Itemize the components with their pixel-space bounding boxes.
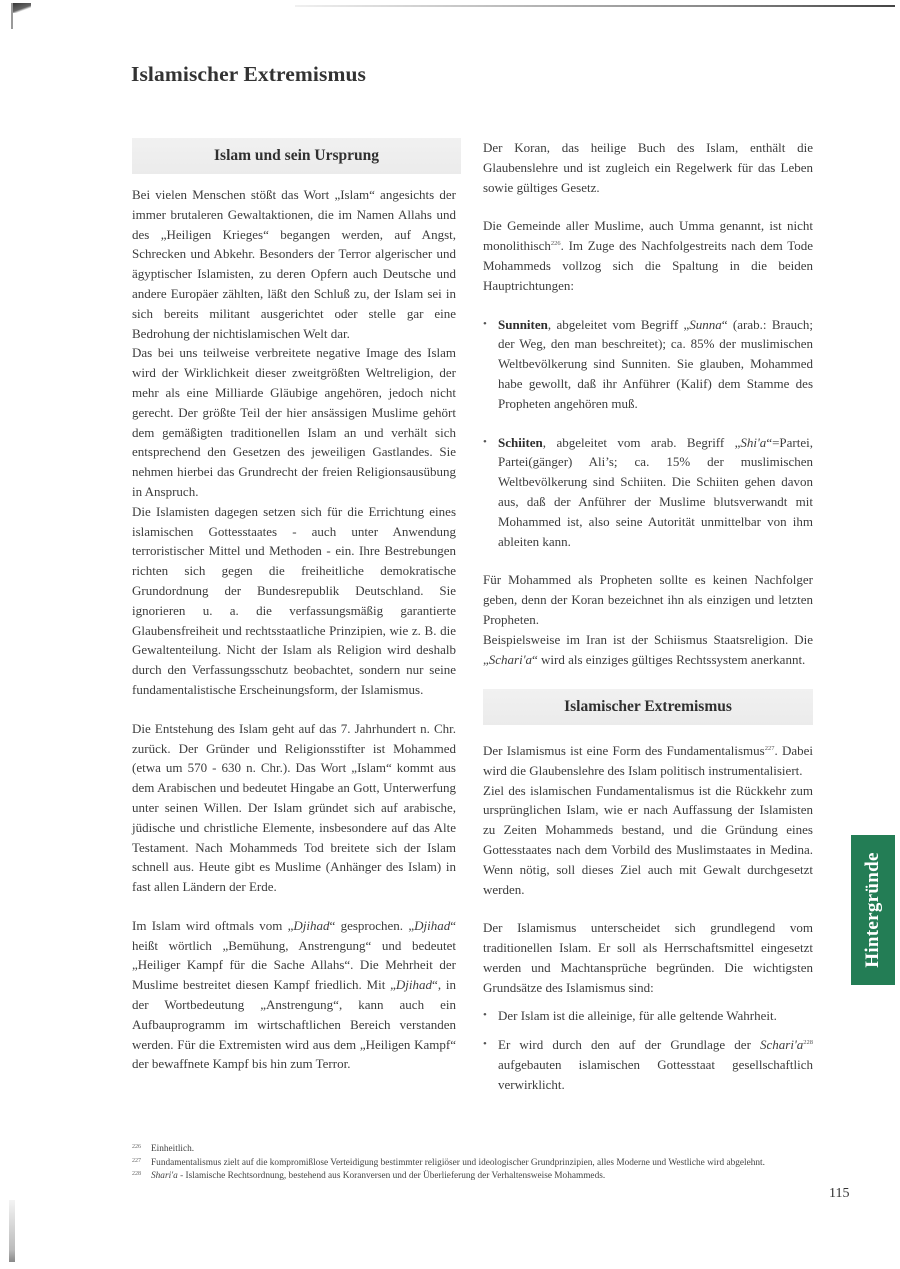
list-item-principle-2: Er wird durch den auf der Grundlage der … [483, 1035, 813, 1094]
list-item-sunniten: Sunniten, abgeleitet vom Begriff „Sunna“… [483, 315, 813, 414]
term-djihad: Djihad [293, 918, 329, 933]
footnote-227: 227 Fundamentalismus zielt auf die kompr… [132, 1157, 822, 1171]
crop-mark-top-left [11, 3, 31, 13]
term-djihad: Djihad [414, 918, 450, 933]
paragraph-ziel: Ziel des islamischen Fundamentalismus is… [483, 781, 813, 900]
section-heading-box-ursprung: Islam und sein Ursprung [132, 138, 461, 174]
branches-list: Sunniten, abgeleitet vom Begriff „Sunna“… [483, 315, 813, 552]
crop-line-top [295, 5, 895, 7]
footnote-228: 228 Shari'a - Islamische Rechtsordnung, … [132, 1170, 822, 1184]
section-heading-extremismus: Islamischer Extremismus [564, 698, 732, 716]
crop-mark-top-left-vertical [11, 3, 13, 29]
crop-mark-bottom-left [9, 1200, 15, 1262]
footnotes: 226 Einheitlich. 227 Fundamentalismus zi… [132, 1143, 822, 1184]
list-item-schiiten: Schiiten, abgeleitet vom arab. Begriff „… [483, 433, 813, 552]
principles-list: Der Islam ist die alleinige, für alle ge… [483, 1006, 813, 1095]
side-tab-label: Hintergründe [862, 852, 884, 968]
left-column: Bei vielen Menschen stößt das Wort „Isla… [132, 185, 456, 1074]
right-column-lower: Der Islamismus ist eine Form des Fundame… [483, 741, 813, 1095]
footnote-ref-227[interactable]: 227 [765, 745, 775, 752]
footnote-ref-226[interactable]: 226 [551, 240, 561, 247]
page-number: 115 [829, 1186, 849, 1202]
paragraph-iran: Beispielsweise im Iran ist der Schiismus… [483, 630, 813, 670]
paragraph-koran: Der Koran, das heilige Buch des Islam, e… [483, 138, 813, 197]
paragraph-djihad: Im Islam wird oftmals vom „Djihad“ gespr… [132, 916, 456, 1074]
list-item-principle-1: Der Islam ist die alleinige, für alle ge… [483, 1006, 813, 1026]
right-column-upper: Der Koran, das heilige Buch des Islam, e… [483, 138, 813, 669]
paragraph-unterschied: Der Islamismus unterscheidet sich grundl… [483, 918, 813, 997]
footnote-ref-228[interactable]: 228 [803, 1039, 813, 1046]
paragraph-image: Das bei uns teilweise verbreitete negati… [132, 343, 456, 501]
section-heading-box-extremismus: Islamischer Extremismus [483, 689, 813, 725]
paragraph-intro: Bei vielen Menschen stößt das Wort „Isla… [132, 185, 456, 343]
term-djihad: Djihad [396, 977, 432, 992]
paragraph-islamismus-form: Der Islamismus ist eine Form des Fundame… [483, 741, 813, 781]
page-title: Islamischer Extremismus [131, 62, 366, 87]
footnote-226: 226 Einheitlich. [132, 1143, 822, 1157]
paragraph-nachfolger: Für Mohammed als Propheten sollte es kei… [483, 570, 813, 629]
paragraph-umma: Die Gemeinde aller Muslime, auch Umma ge… [483, 216, 813, 295]
side-tab-hintergruende: Hintergründe [851, 835, 895, 985]
paragraph-entstehung: Die Entstehung des Islam geht auf das 7.… [132, 719, 456, 897]
paragraph-islamisten: Die Islamisten dagegen setzen sich für d… [132, 502, 456, 700]
section-heading-ursprung: Islam und sein Ursprung [214, 147, 379, 165]
